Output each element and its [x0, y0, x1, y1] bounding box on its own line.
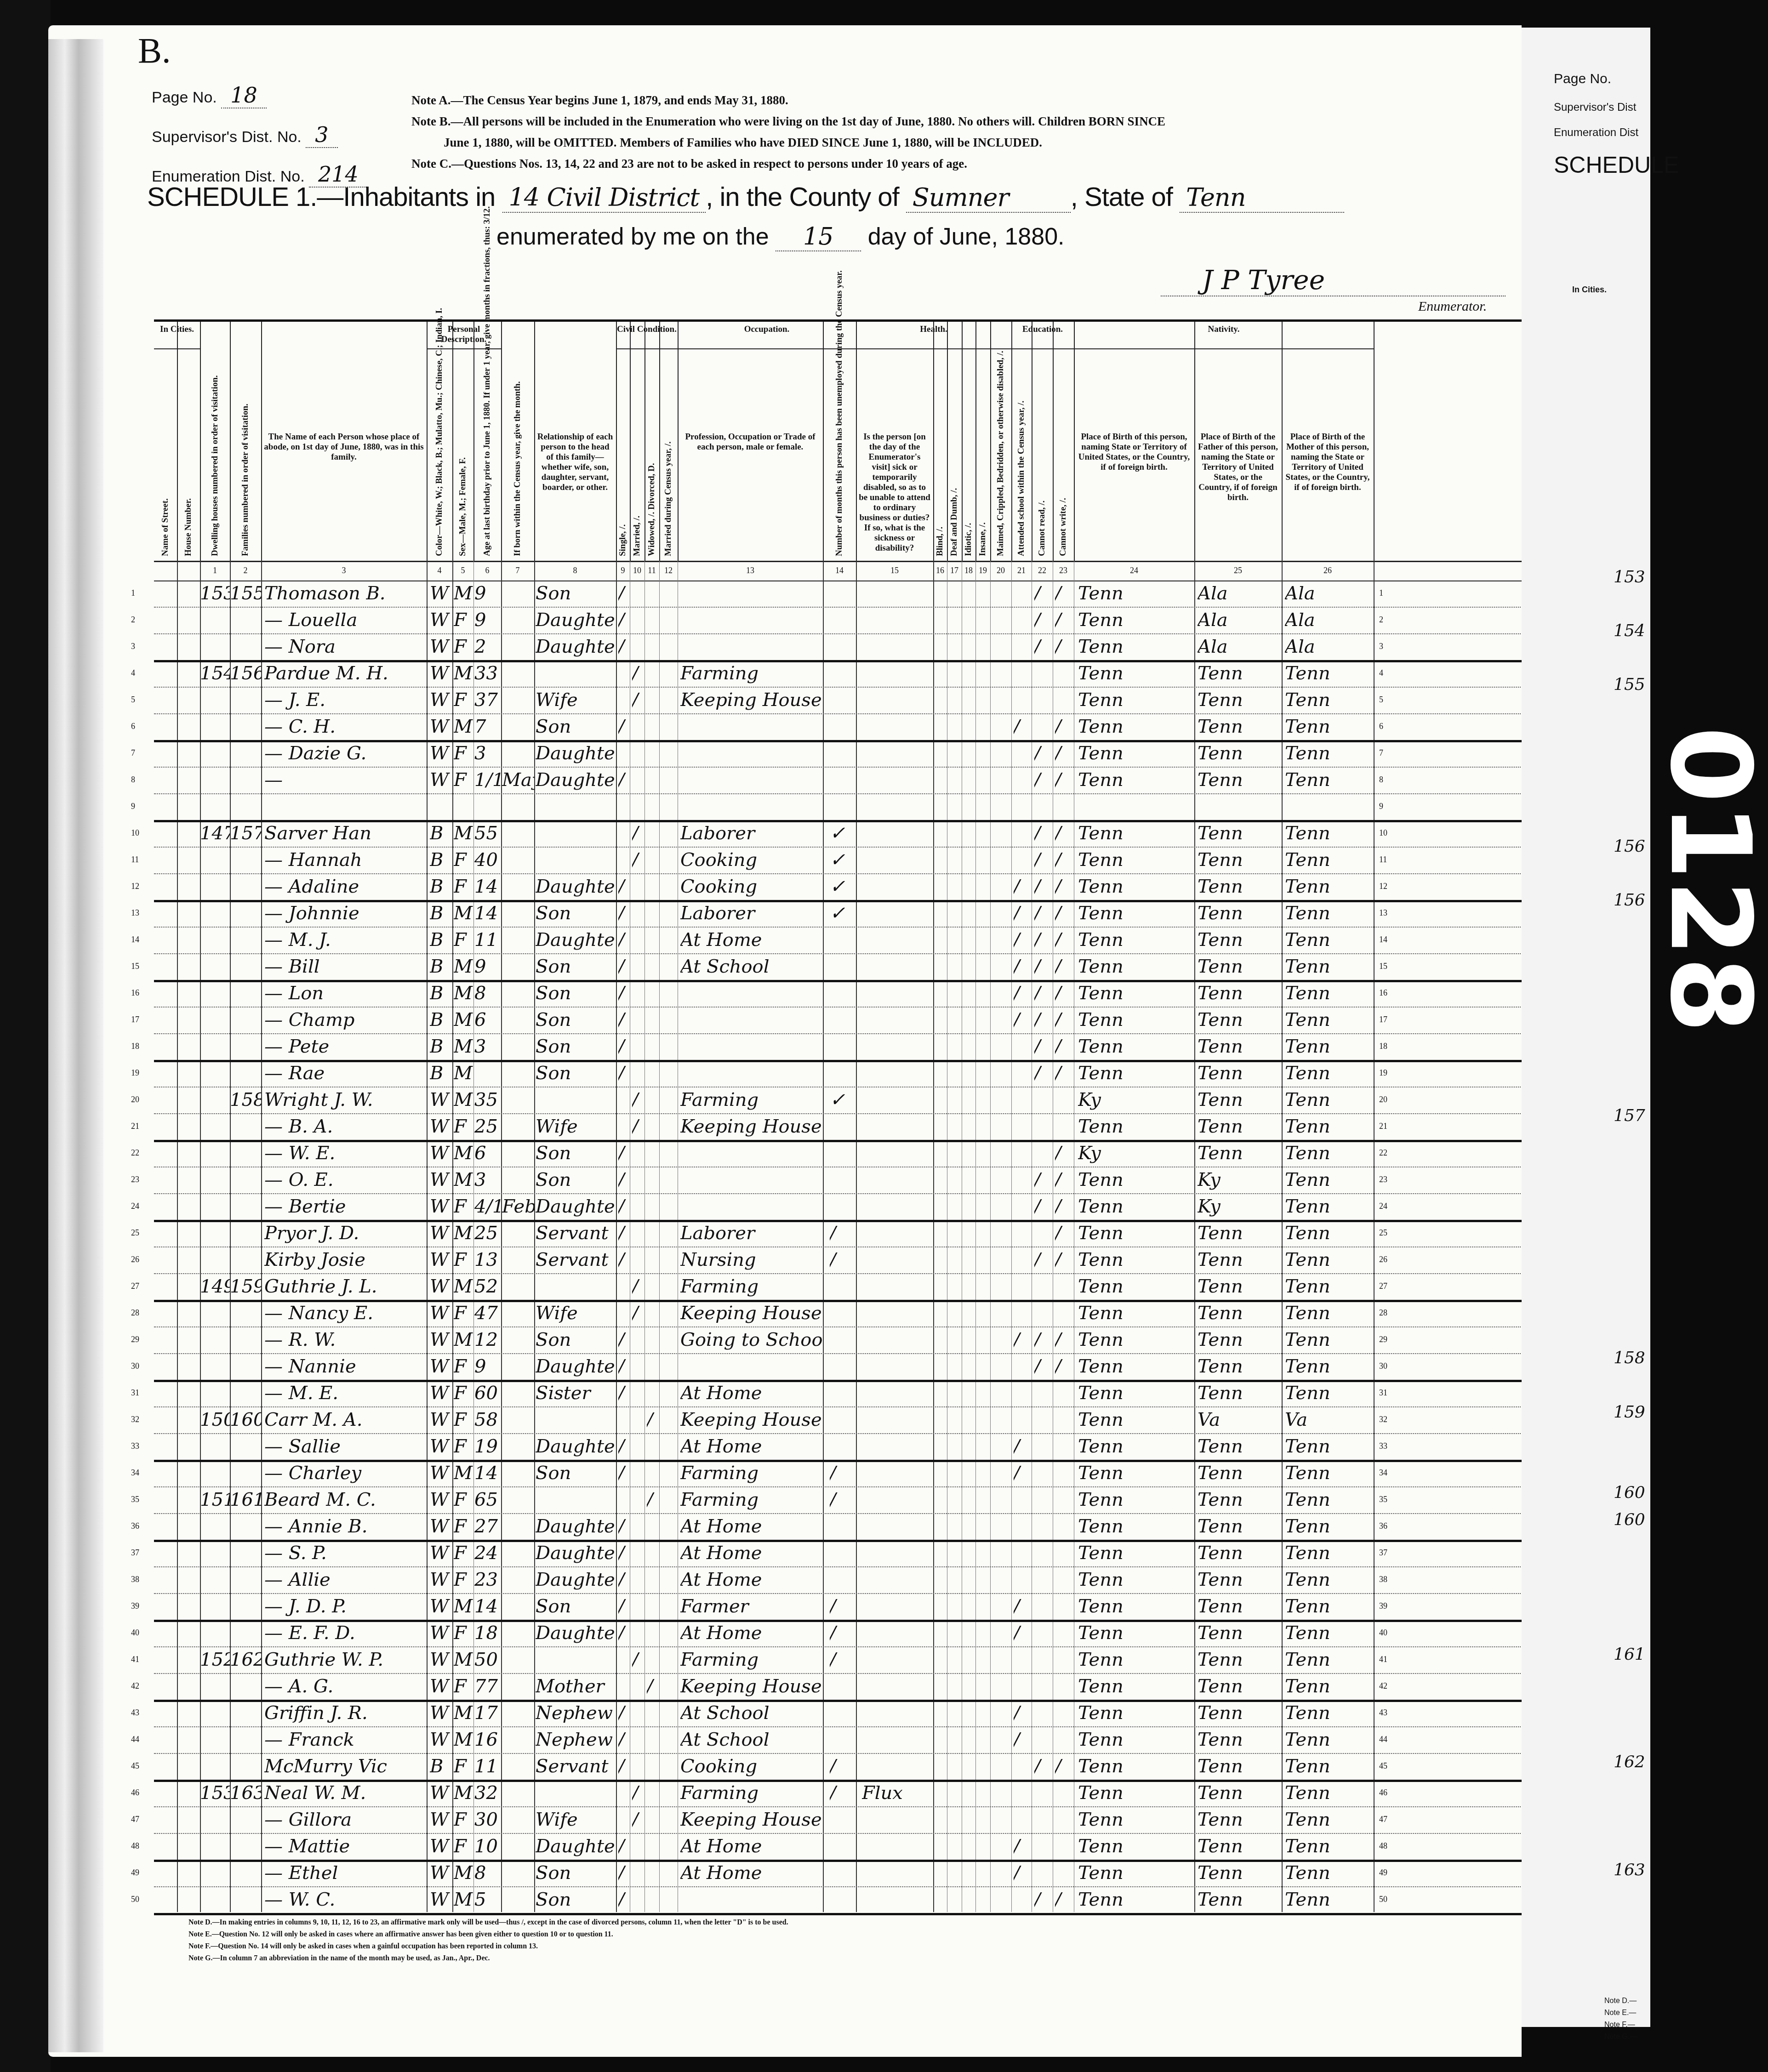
cell-father: Tenn: [1198, 1516, 1280, 1537]
cell-name: — Rae: [264, 1063, 428, 1084]
cell-occ: Keeping House: [680, 689, 823, 711]
cell-color: W: [430, 743, 453, 764]
cell-rel: Servant: [536, 1223, 616, 1244]
table-row: 1919— RaeBMSon///TennTennTenn: [154, 1060, 1533, 1087]
cell-name: —: [264, 769, 428, 791]
cell-sex: M: [454, 1276, 474, 1297]
line-number: 29: [131, 1335, 139, 1344]
cell-sex: M: [454, 1009, 474, 1030]
cell-mother: Tenn: [1285, 1116, 1372, 1137]
cell-sex: M: [454, 1702, 474, 1724]
table-row: 99: [154, 793, 1533, 822]
cell-read: /: [1034, 956, 1053, 977]
line-number-right: 20: [1379, 1095, 1387, 1104]
cell-color: W: [430, 663, 453, 684]
cell-father: Tenn: [1198, 1782, 1280, 1804]
cell-sex: M: [454, 983, 474, 1004]
cell-school: /: [1014, 1702, 1032, 1724]
cell-age: 14: [474, 1596, 502, 1617]
state: Tenn: [1180, 183, 1344, 213]
cell-rel: Son: [536, 1889, 616, 1910]
line-number: 4: [131, 668, 135, 678]
cell-color: W: [430, 1889, 453, 1910]
cell-color: W: [430, 1862, 453, 1884]
cell-school: /: [1014, 1862, 1032, 1884]
group-header-nativity: Nativity.: [1074, 322, 1374, 349]
cell-read: /: [1034, 1063, 1053, 1084]
cell-color: W: [430, 1702, 453, 1724]
line-number: 37: [131, 1548, 139, 1558]
table-row: 4141152162Guthrie W. P.WM50/Farming/Tenn…: [154, 1646, 1533, 1674]
cell-family: 162: [230, 1649, 261, 1670]
cell-family: 158: [230, 1089, 261, 1110]
cell-sex: F: [454, 689, 474, 711]
table-row: 4747— GilloraWF30Wife/Keeping HouseTennT…: [154, 1806, 1533, 1834]
cell-color: W: [430, 689, 453, 711]
cell-age: 37: [474, 689, 502, 711]
cell-name: Kirby Josie: [264, 1249, 428, 1270]
cell-rel: Daughter: [536, 1569, 616, 1590]
table-row: 3030— NannieWF9Daughter///TennTennTenn: [154, 1353, 1533, 1382]
cell-single: /: [618, 716, 630, 737]
cell-sex: M: [454, 1169, 474, 1190]
column-header-c10: Married, /.: [630, 322, 645, 561]
cell-birth: Tenn: [1078, 1489, 1193, 1510]
cell-occ: Keeping House: [680, 1809, 823, 1830]
cell-rel: Son: [536, 1862, 616, 1884]
table-row: 2121— B. A.WF25Wife/Keeping HouseTennTen…: [154, 1113, 1533, 1142]
cell-age: 32: [474, 1782, 502, 1804]
cell-father: Tenn: [1198, 1809, 1280, 1830]
note-b: Note B.—All persons will be included in …: [411, 111, 1165, 132]
cell-birth: Ky: [1078, 1143, 1193, 1164]
line-number: 36: [131, 1521, 139, 1531]
cell-birth: Tenn: [1078, 1596, 1193, 1617]
column-number-row: 1234567891011121314151617181920212223242…: [154, 561, 1533, 581]
line-number-right: 8: [1379, 775, 1383, 785]
cell-mother: Tenn: [1285, 1463, 1372, 1484]
table-row: 4343Griffin J. R.WM17Nephew/At School/Te…: [154, 1700, 1533, 1727]
book-binding: [0, 0, 51, 2072]
cell-married: /: [632, 823, 644, 844]
cell-mother: Tenn: [1285, 1276, 1372, 1297]
cell-read: /: [1034, 1356, 1053, 1377]
cell-mother: Tenn: [1285, 1436, 1372, 1457]
cell-school: /: [1014, 1622, 1032, 1644]
cell-color: W: [430, 1089, 453, 1110]
cell-school: /: [1014, 929, 1032, 951]
line-number: 17: [131, 1015, 139, 1025]
column-header-c18: Idiotic, /.: [962, 322, 976, 561]
cell-occ: At Home: [680, 1836, 823, 1857]
cell-name: — Pete: [264, 1036, 428, 1057]
cell-birth: Tenn: [1078, 583, 1193, 604]
cell-write: /: [1055, 1889, 1073, 1910]
cell-married: /: [632, 1782, 644, 1804]
adjacent-dwelling-number: 159: [1614, 1403, 1645, 1422]
cell-occ: Keeping House: [680, 1676, 823, 1697]
cell-write: /: [1055, 1249, 1073, 1270]
line-number-right: 46: [1379, 1788, 1387, 1798]
line-number: 49: [131, 1868, 139, 1878]
cell-single: /: [618, 1836, 630, 1857]
cell-write: /: [1055, 769, 1073, 791]
line-number: 39: [131, 1601, 139, 1611]
enumeration-date-line: enumerated by me on the 15 day of June, …: [496, 223, 1065, 250]
cell-mother: Tenn: [1285, 1543, 1372, 1564]
cell-age: 40: [474, 849, 502, 871]
cell-write: /: [1055, 743, 1073, 764]
page-number: 18: [221, 83, 267, 108]
cell-occ: At Home: [680, 1622, 823, 1644]
cell-single: /: [618, 1569, 630, 1590]
line-number-right: 23: [1379, 1175, 1387, 1184]
cell-rel: Daughter: [536, 876, 616, 897]
cell-color: W: [430, 1649, 453, 1670]
cell-occ: Farming: [680, 1649, 823, 1670]
cell-color: W: [430, 1249, 453, 1270]
cell-occ: Cooking: [680, 849, 823, 871]
cell-married: /: [632, 1809, 644, 1830]
line-number: 50: [131, 1895, 139, 1904]
cell-name: — Dazie G.: [264, 743, 428, 764]
cell-color: W: [430, 1169, 453, 1190]
cell-write: /: [1055, 823, 1073, 844]
line-number: 48: [131, 1841, 139, 1851]
cell-color: W: [430, 1116, 453, 1137]
cell-sex: F: [454, 769, 474, 791]
cell-father: Tenn: [1198, 1063, 1280, 1084]
cell-name: — Lon: [264, 983, 428, 1004]
adjacent-dwelling-number: 160: [1614, 1510, 1645, 1529]
line-number-right: 43: [1379, 1708, 1387, 1718]
cell-single: /: [618, 769, 630, 791]
adjacent-dwelling-number: 160: [1614, 1483, 1645, 1502]
cell-widowed: /: [647, 1489, 658, 1510]
adjacent-page-paper: Page No. Supervisor's Dist Enumeration D…: [1522, 28, 1650, 2027]
cell-mother: Tenn: [1285, 743, 1372, 764]
column-header-c_street: Name of Street.: [154, 322, 178, 561]
cell-sex: M: [454, 1889, 474, 1910]
cell-mother: Tenn: [1285, 1303, 1372, 1324]
cell-read: /: [1034, 583, 1053, 604]
cell-name: — Charley: [264, 1463, 428, 1484]
cell-rel: Son: [536, 956, 616, 977]
cell-school: /: [1014, 1836, 1032, 1857]
census-page: B. Page No. 18 Supervisor's Dist. No. 3 …: [48, 25, 1666, 2057]
cell-age: 11: [474, 929, 502, 951]
cell-birth: Tenn: [1078, 1249, 1193, 1270]
cell-write: /: [1055, 983, 1073, 1004]
cell-occ: Keeping House: [680, 1409, 823, 1430]
cell-read: /: [1034, 609, 1053, 631]
cell-age: 13: [474, 1249, 502, 1270]
cell-age: 17: [474, 1702, 502, 1724]
cell-mother: Ala: [1285, 609, 1372, 631]
line-number: 18: [131, 1042, 139, 1051]
cell-write: /: [1055, 903, 1073, 924]
cell-read: /: [1034, 636, 1053, 657]
cell-age: 25: [474, 1223, 502, 1244]
cell-color: W: [430, 1329, 453, 1350]
column-header-c7: If born within the Census year, give the…: [501, 322, 535, 561]
cell-dwelling: 149: [200, 1276, 230, 1297]
cell-name: — Champ: [264, 1009, 428, 1030]
cell-unemp: /: [830, 1223, 853, 1244]
cell-sex: F: [454, 1756, 474, 1777]
cell-birth: Tenn: [1078, 1063, 1193, 1084]
cell-color: B: [430, 1756, 453, 1777]
cell-occ: At Home: [680, 1862, 823, 1884]
cell-color: W: [430, 1223, 453, 1244]
cell-occ: At School: [680, 956, 823, 977]
cell-unemp: /: [830, 1622, 853, 1644]
cell-color: W: [430, 716, 453, 737]
line-number: 46: [131, 1788, 139, 1798]
cell-birth: Tenn: [1078, 1436, 1193, 1457]
table-row: 4040— E. F. D.WF18Daughter/At Home//Tenn…: [154, 1620, 1533, 1647]
cell-mother: Va: [1285, 1409, 1372, 1430]
cell-color: W: [430, 1729, 453, 1750]
enumerator-signature: J P Tyree: [1161, 264, 1506, 296]
table-row: 2929— R. W.WM12Son/Going to School///Ten…: [154, 1326, 1533, 1354]
column-header-c24: Place of Birth of this person, naming St…: [1074, 322, 1195, 561]
adjacent-note: Note F.—: [1604, 2021, 1635, 2029]
cell-rel: Sister: [536, 1383, 616, 1404]
cell-age: 33: [474, 663, 502, 684]
cell-rel: Wife: [536, 1809, 616, 1830]
line-number-right: 17: [1379, 1015, 1387, 1025]
cell-father: Tenn: [1198, 823, 1280, 844]
cell-age: 9: [474, 1356, 502, 1377]
cell-write: /: [1055, 1329, 1073, 1350]
cell-married: /: [632, 1649, 644, 1670]
cell-mother: Tenn: [1285, 1889, 1372, 1910]
column-header-c16: Blind, /.: [933, 322, 948, 561]
cell-mother: Tenn: [1285, 1622, 1372, 1644]
cell-rel: Son: [536, 1009, 616, 1030]
cell-name: — W. E.: [264, 1143, 428, 1164]
cell-age: 25: [474, 1116, 502, 1137]
cell-name: — Nancy E.: [264, 1303, 428, 1324]
cell-mother: Tenn: [1285, 1063, 1372, 1084]
cell-single: /: [618, 636, 630, 657]
cell-family: 160: [230, 1409, 261, 1430]
line-number-right: 48: [1379, 1841, 1387, 1851]
cell-sex: F: [454, 1622, 474, 1644]
line-number-right: 19: [1379, 1068, 1387, 1078]
cell-occ: Cooking: [680, 876, 823, 897]
cell-age: 2: [474, 636, 502, 657]
cell-unemp: /: [830, 1489, 853, 1510]
cell-sex: M: [454, 1649, 474, 1670]
note-f: Note F.—Question No. 14 will only be ask…: [188, 1941, 788, 1952]
line-number-right: 35: [1379, 1495, 1387, 1504]
note-b-cont: June 1, 1880, will be OMITTED. Members o…: [411, 132, 1165, 153]
cell-sex: M: [454, 716, 474, 737]
cell-color: B: [430, 876, 453, 897]
cell-single: /: [618, 983, 630, 1004]
cell-sex: F: [454, 1383, 474, 1404]
cell-widowed: /: [647, 1409, 658, 1430]
cell-mother: Tenn: [1285, 1036, 1372, 1057]
line-number: 9: [131, 802, 135, 811]
cell-age: 9: [474, 609, 502, 631]
cell-rel: Daughter: [536, 743, 616, 764]
table-row: 66— C. H.WM7Son///TennTennTenn: [154, 713, 1533, 742]
line-number-right: 5: [1379, 695, 1383, 705]
cell-occ: At School: [680, 1729, 823, 1750]
cell-rel: Son: [536, 1463, 616, 1484]
line-number-right: 39: [1379, 1601, 1387, 1611]
cell-color: B: [430, 929, 453, 951]
cell-father: Tenn: [1198, 1596, 1280, 1617]
cell-father: Tenn: [1198, 1862, 1280, 1884]
cell-color: B: [430, 1063, 453, 1084]
cell-rel: Daughter: [536, 1622, 616, 1644]
cell-mother: Tenn: [1285, 1489, 1372, 1510]
cell-single: /: [618, 1329, 630, 1350]
cell-mother: Tenn: [1285, 716, 1372, 737]
cell-age: 9: [474, 583, 502, 604]
cell-father: Tenn: [1198, 1249, 1280, 1270]
table-row: 1717— ChampBM6Son////TennTennTenn: [154, 1007, 1533, 1034]
line-number: 15: [131, 962, 139, 971]
cell-unemp: /: [830, 1249, 853, 1270]
cell-father: Tenn: [1198, 1143, 1280, 1164]
cell-name: Guthrie J. L.: [264, 1276, 428, 1297]
cell-name: — A. G.: [264, 1676, 428, 1697]
cell-mother: Tenn: [1285, 983, 1372, 1004]
cell-father: Tenn: [1198, 743, 1280, 764]
line-number: 33: [131, 1441, 139, 1451]
line-number-right: 21: [1379, 1121, 1387, 1131]
cell-write: /: [1055, 956, 1073, 977]
cell-single: /: [618, 1463, 630, 1484]
cell-read: /: [1034, 1196, 1053, 1217]
cell-age: 35: [474, 1089, 502, 1110]
line-number-right: 6: [1379, 722, 1383, 731]
cell-school: /: [1014, 876, 1032, 897]
cell-birth: Tenn: [1078, 1196, 1193, 1217]
line-number: 5: [131, 695, 135, 705]
adjacent-dwelling-number: 157: [1614, 1106, 1645, 1125]
line-number-right: 12: [1379, 882, 1387, 891]
cell-mother: Tenn: [1285, 1702, 1372, 1724]
cell-read: /: [1034, 1889, 1053, 1910]
cell-single: /: [618, 1009, 630, 1030]
cell-birth: Tenn: [1078, 1729, 1193, 1750]
table-row: 3737— S. P.WF24Daughter/At HomeTennTennT…: [154, 1540, 1533, 1567]
line-number-right: 47: [1379, 1815, 1387, 1824]
cell-write: /: [1055, 1196, 1073, 1217]
cell-name: — J. E.: [264, 689, 428, 711]
cell-read: /: [1034, 903, 1053, 924]
cell-mother: Tenn: [1285, 849, 1372, 871]
cell-school: /: [1014, 1009, 1032, 1030]
adjacent-dwelling-number: 154: [1614, 621, 1645, 640]
line-number-right: 13: [1379, 908, 1387, 918]
table-row: 1313— JohnnieBM14Son/Laborer✓///TennTenn…: [154, 900, 1533, 928]
cell-father: Tenn: [1198, 1543, 1280, 1564]
line-number: 28: [131, 1308, 139, 1318]
column-header-c6: Age at last birthday prior to June 1, 18…: [473, 322, 502, 561]
line-number: 43: [131, 1708, 139, 1718]
cell-dwelling: 151: [200, 1489, 230, 1510]
cell-father: Tenn: [1198, 1009, 1280, 1030]
table-row: 1515— BillBM9Son/At School///TennTennTen…: [154, 953, 1533, 982]
cell-name: — M. E.: [264, 1383, 428, 1404]
table-row: 3131— M. E.WF60Sister/At HomeTennTennTen…: [154, 1380, 1533, 1407]
cell-school: /: [1014, 903, 1032, 924]
cell-age: 8: [474, 983, 502, 1004]
cell-sex: M: [454, 1463, 474, 1484]
adjacent-note: Note D.—: [1604, 1997, 1637, 2005]
cell-birth: Tenn: [1078, 1409, 1193, 1430]
line-number-right: 16: [1379, 988, 1387, 998]
cell-read: /: [1034, 876, 1053, 897]
cell-occ: Laborer: [680, 823, 823, 844]
cell-school: /: [1014, 1596, 1032, 1617]
line-number-right: 37: [1379, 1548, 1387, 1558]
line-number-right: 29: [1379, 1335, 1387, 1344]
cell-write: /: [1055, 1143, 1073, 1164]
cell-sex: M: [454, 1329, 474, 1350]
table-row: 1616— LonBM8Son////TennTennTenn: [154, 980, 1533, 1008]
cell-rel: Daughter: [536, 1436, 616, 1457]
cell-birth: Tenn: [1078, 1622, 1193, 1644]
cell-name: — Nora: [264, 636, 428, 657]
line-number-right: 36: [1379, 1521, 1387, 1531]
group-header-in_cities: In Cities.: [154, 322, 200, 349]
cell-age: 6: [474, 1143, 502, 1164]
cell-name: — J. D. P.: [264, 1596, 428, 1617]
column-header-c14: Number of months this person has been un…: [823, 322, 857, 561]
line-number: 34: [131, 1468, 139, 1478]
note-d: Note D.—In making entries in columns 9, …: [188, 1917, 788, 1929]
cell-single: /: [618, 1622, 630, 1644]
line-number-right: 11: [1379, 855, 1387, 865]
cell-color: B: [430, 983, 453, 1004]
cell-birth: Tenn: [1078, 1516, 1193, 1537]
cell-married: /: [632, 663, 644, 684]
cell-birth: Tenn: [1078, 1036, 1193, 1057]
table-row: 11153155Thomason B.WM9Son///TennAlaAla: [154, 580, 1533, 608]
cell-mother: Tenn: [1285, 929, 1372, 951]
adjacent-dwelling-number: 161: [1614, 1645, 1645, 1664]
line-number-right: 27: [1379, 1281, 1387, 1291]
cell-name: Guthrie W. P.: [264, 1649, 428, 1670]
cell-unemp: /: [830, 1782, 853, 1804]
cell-father: Tenn: [1198, 1463, 1280, 1484]
cell-birth: Tenn: [1078, 716, 1193, 737]
cell-birth: Tenn: [1078, 1756, 1193, 1777]
cell-age: 65: [474, 1489, 502, 1510]
cell-widowed: /: [647, 1676, 658, 1697]
cell-single: /: [618, 1516, 630, 1537]
cell-single: /: [618, 1436, 630, 1457]
line-number-right: 31: [1379, 1388, 1387, 1398]
cell-read: /: [1034, 823, 1053, 844]
cell-rel: Wife: [536, 1303, 616, 1324]
cell-father: Tenn: [1198, 1116, 1280, 1137]
cell-read: /: [1034, 849, 1053, 871]
cell-birth: Tenn: [1078, 743, 1193, 764]
cell-name: — B. A.: [264, 1116, 428, 1137]
cell-mother: Tenn: [1285, 1249, 1372, 1270]
cell-occ: Laborer: [680, 1223, 823, 1244]
cell-name: — Adaline: [264, 876, 428, 897]
